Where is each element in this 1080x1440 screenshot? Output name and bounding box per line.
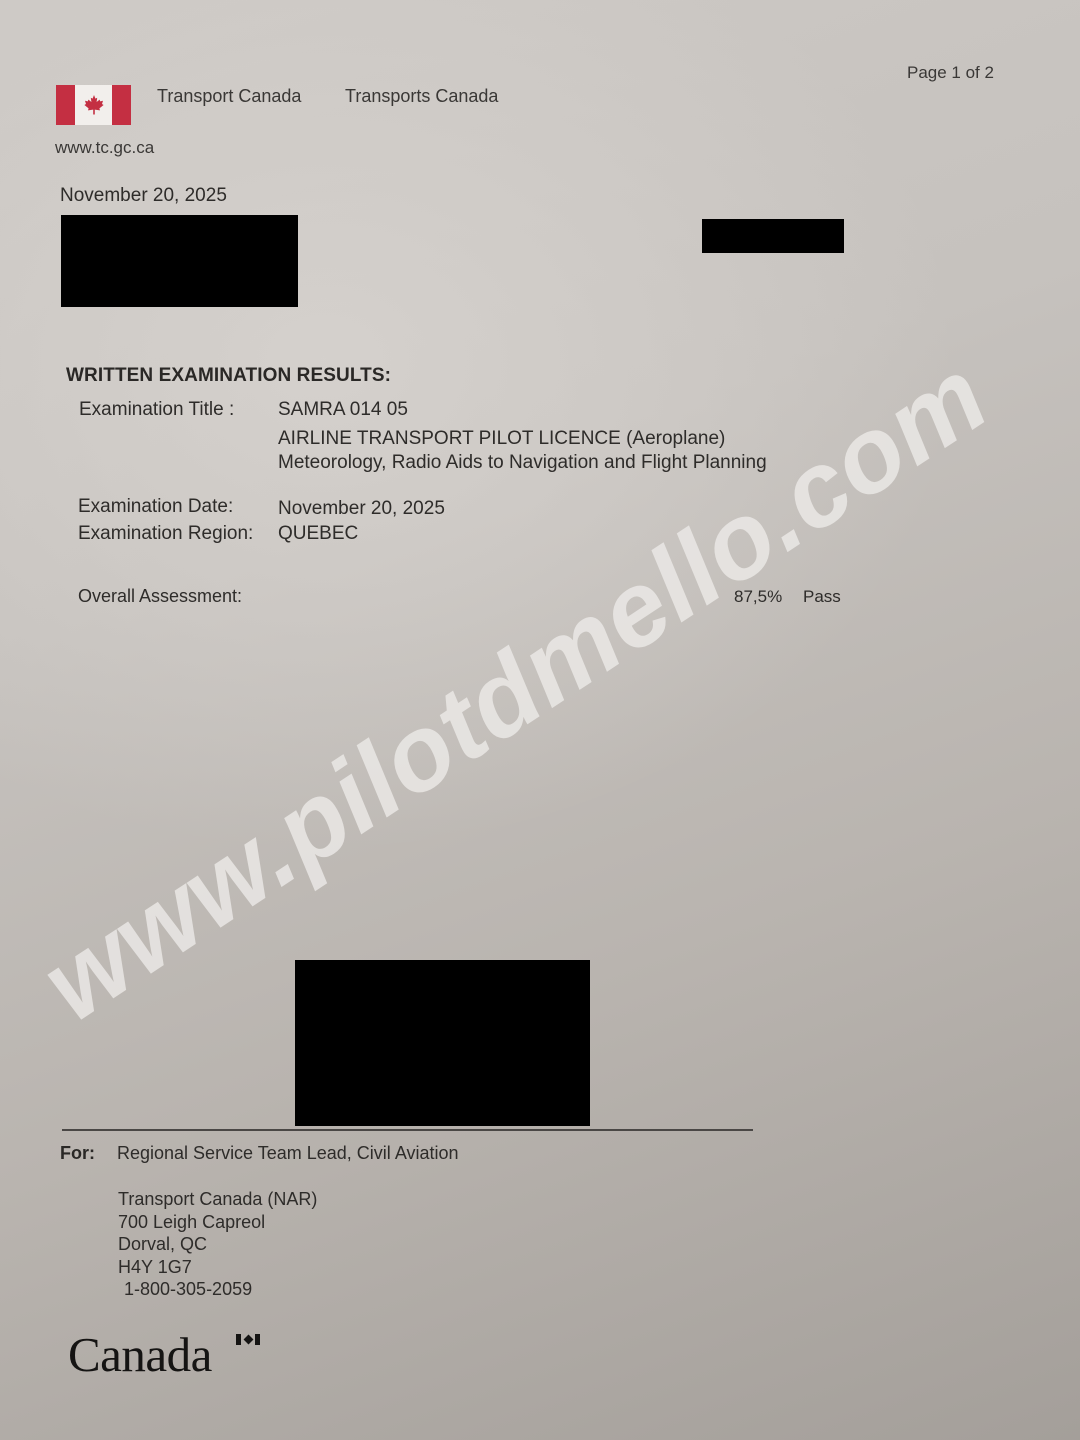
flag-center — [75, 85, 112, 125]
exam-region-label: Examination Region: — [78, 523, 253, 545]
canada-wordmark: Canada — [68, 1326, 212, 1383]
exam-code: SAMRA 014 05 — [278, 399, 408, 421]
canada-wordmark-flag-icon — [236, 1334, 260, 1345]
exam-region-value: QUEBEC — [278, 523, 358, 545]
exam-title-label: Examination Title : — [79, 399, 234, 421]
exam-subject: Meteorology, Radio Aids to Navigation an… — [278, 452, 767, 474]
flag-right-bar — [112, 85, 131, 125]
signature-line — [62, 1129, 753, 1131]
exam-date-value: November 20, 2025 — [278, 498, 445, 520]
address-line: Dorval, QC — [118, 1233, 317, 1256]
agency-name-english: Transport Canada — [157, 86, 301, 107]
letter-date: November 20, 2025 — [60, 185, 227, 207]
for-value: Regional Service Team Lead, Civil Aviati… — [117, 1143, 459, 1164]
section-title: WRITTEN EXAMINATION RESULTS: — [66, 365, 391, 387]
for-label: For: — [60, 1143, 95, 1164]
canada-flag-icon — [56, 85, 131, 125]
redacted-reference-number — [702, 219, 844, 253]
address-line: 700 Leigh Capreol — [118, 1211, 317, 1234]
office-address: Transport Canada (NAR) 700 Leigh Capreol… — [118, 1188, 317, 1301]
overall-score: 87,5% — [734, 587, 782, 607]
flag-left-bar — [56, 85, 75, 125]
maple-leaf-icon — [82, 93, 106, 117]
page-indicator: Page 1 of 2 — [907, 63, 994, 83]
overall-assessment-label: Overall Assessment: — [78, 586, 242, 607]
exam-name: AIRLINE TRANSPORT PILOT LICENCE (Aeropla… — [278, 428, 725, 450]
website-url: www.tc.gc.ca — [55, 138, 154, 158]
address-line: H4Y 1G7 — [118, 1256, 317, 1279]
phone-number: 1-800-305-2059 — [118, 1278, 317, 1301]
overall-outcome: Pass — [803, 587, 841, 607]
redacted-recipient-address — [61, 215, 298, 307]
agency-name-french: Transports Canada — [345, 86, 498, 107]
exam-date-label: Examination Date: — [78, 496, 233, 518]
address-line: Transport Canada (NAR) — [118, 1188, 317, 1211]
redacted-signature — [295, 960, 590, 1126]
